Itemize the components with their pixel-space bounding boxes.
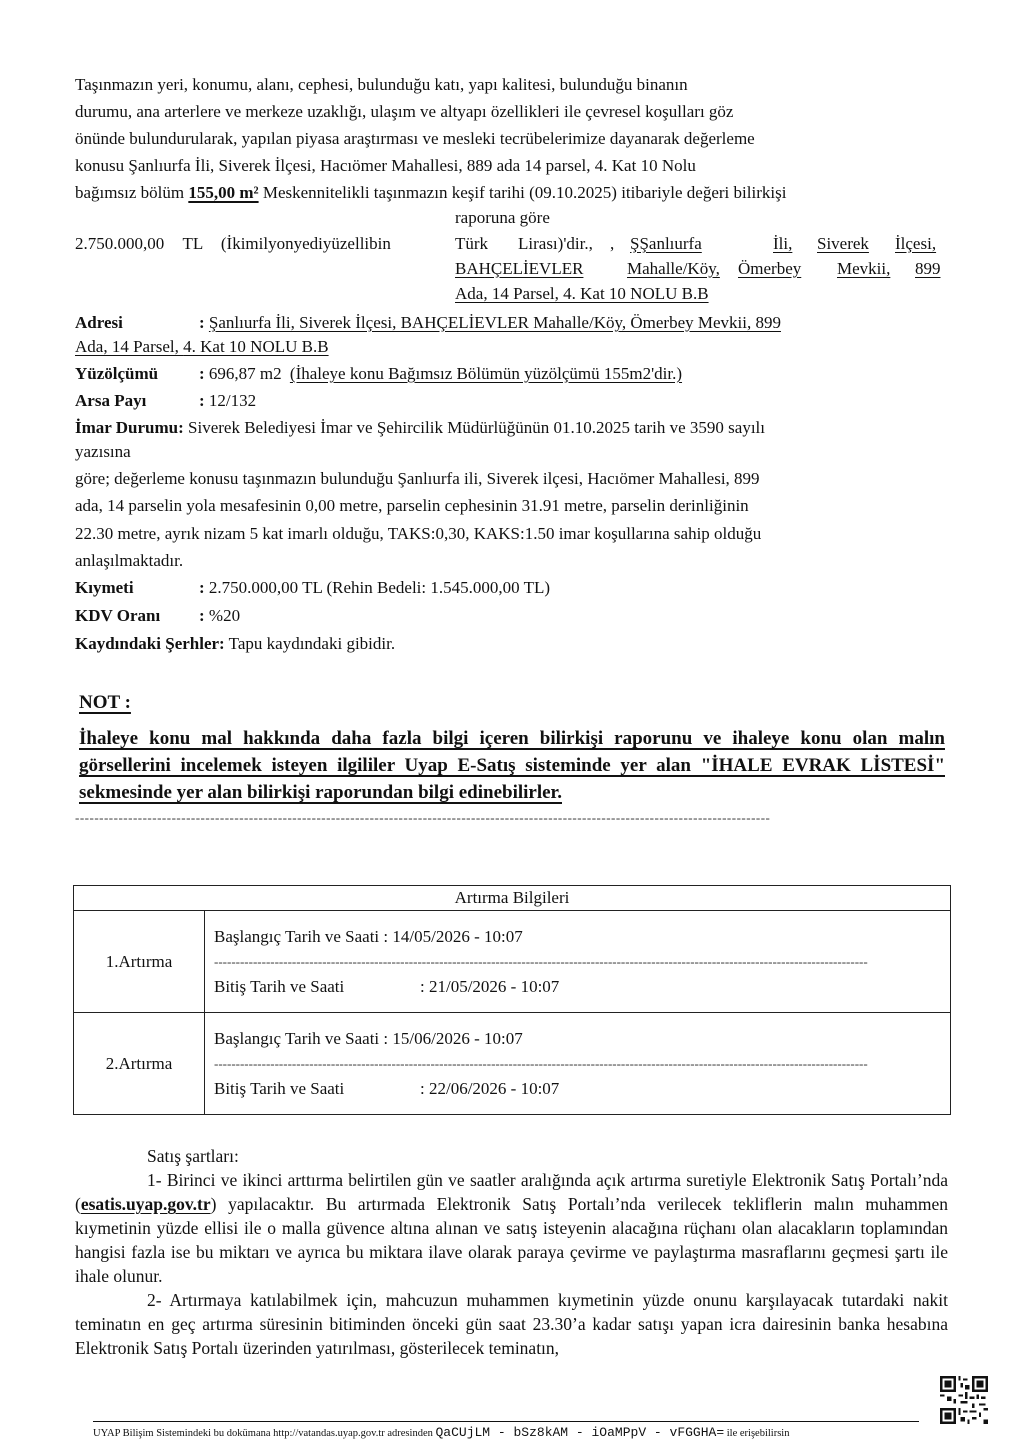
location-type: Mahalle/Köy,: [627, 259, 720, 279]
end-label: Bitiş Tarih ve Saati: [214, 1071, 420, 1107]
address-field: Adresi: Şanlıurfa İli, Siverek İlçesi, B…: [75, 313, 781, 333]
footer-rule: [93, 1421, 919, 1422]
value-words: (İkimilyonyediyüzellibin: [221, 234, 391, 253]
annotations-field: Kaydındaki Şerhler: Tapu kaydındaki gibi…: [75, 634, 395, 654]
zoning-line-2: yazısına: [75, 442, 131, 462]
area-field: Yüzölçümü: 696,87 m2 (İhaleye konu Bağım…: [75, 364, 682, 384]
start-label: Başlangıç Tarih ve Saati: [214, 927, 379, 946]
zoning-line-4: ada, 14 parselin yola mesafesinin 0,00 m…: [75, 496, 749, 516]
address-field-line-2: Ada, 14 Parsel, 4. Kat 10 NOLU B.B: [75, 337, 329, 357]
annotations-value: Tapu kaydındaki gibidir.: [229, 634, 395, 653]
value-value: 2.750.000,00 TL (Rehin Bedeli: 1.545.000…: [209, 578, 550, 597]
zoning-line-1: Siverek Belediyesi İmar ve Şehircilik Mü…: [188, 418, 765, 437]
verification-code: QaCUjLM - bSz8kAM - iOaMPpV - vFGGHA=: [435, 1425, 724, 1440]
end-label: Bitiş Tarih ve Saati: [214, 969, 420, 1005]
vat-field: KDV Oranı: %20: [75, 606, 240, 626]
round-end: Bitiş Tarih ve Saati: 22/06/2026 - 10:07: [214, 1071, 946, 1107]
start-label: Başlangıç Tarih ve Saati: [214, 1029, 379, 1048]
zoning-label: İmar Durumu:: [75, 418, 184, 438]
annotations-label: Kaydındaki Şerhler:: [75, 634, 225, 654]
area-note: (İhaleye konu Bağımsız Bölümün yüzölçümü…: [290, 364, 682, 383]
vat-label: KDV Oranı: [75, 606, 199, 626]
address-value-2a: Ada, 14 Parsel,: [75, 337, 183, 356]
value-field: Kıymeti: 2.750.000,00 TL (Rehin Bedeli: …: [75, 578, 550, 598]
location-neighborhood: BAHÇELİEVLER: [455, 259, 583, 278]
auction-table-title: Artırma Bilgileri: [74, 886, 951, 911]
area-label: Yüzölçümü: [75, 364, 199, 384]
round-start: Başlangıç Tarih ve Saati : 15/06/2026 - …: [214, 1021, 946, 1057]
table-row: 1.Artırma Başlangıç Tarih ve Saati : 14/…: [74, 911, 951, 1013]
condition-1: 1- Birinci ve ikinci arttırma belirtilen…: [75, 1168, 948, 1288]
intro-line-5: bağımsız bölüm 155,00 m² Meskennitelikli…: [75, 183, 786, 203]
share-label: Arsa Payı: [75, 391, 199, 411]
value-amount: 2.750.000,00: [75, 234, 164, 253]
start-value: : 15/06/2026 - 10:07: [383, 1029, 522, 1048]
esatis-link[interactable]: esatis.uyap.gov.tr: [81, 1194, 211, 1214]
intro-line-3: önünde bulundurularak, yapılan piyasa ar…: [75, 129, 755, 149]
zoning-line-6: anlaşılmaktadır.: [75, 551, 183, 571]
value-comma: ,: [610, 234, 614, 254]
condition-2: 2- Artırmaya katılabilmek için, mahcuzun…: [75, 1288, 948, 1360]
inner-separator: ----------------------------------------…: [214, 1057, 946, 1071]
intro-line-5-post: Meskennitelikli taşınmazın keşif tarihi …: [259, 183, 787, 202]
value-words-2: Türk: [455, 234, 488, 254]
value-words-3: Lirası)'dir.,: [518, 234, 593, 254]
area-value: 696,87 m2: [209, 364, 282, 383]
end-value: : 22/06/2026 - 10:07: [420, 1079, 559, 1098]
value-location-line-2: BAHÇELİEVLER Mahalle/Köy, Ömerbey Mevkii…: [455, 259, 945, 279]
area-highlight: 155,00 m²: [188, 183, 258, 202]
note-title: NOT :: [79, 692, 131, 714]
intro-line-1: Taşınmazın yeri, konumu, alanı, cephesi,…: [75, 75, 688, 95]
auction-info-table: Artırma Bilgileri 1.Artırma Başlangıç Ta…: [73, 885, 951, 1115]
location-locality: Ömerbey: [738, 259, 801, 279]
round-end: Bitiş Tarih ve Saati: 21/05/2026 - 10:07: [214, 969, 946, 1005]
intro-line-4: konusu Şanlıurfa İli, Siverek İlçesi, Ha…: [75, 156, 696, 176]
table-row: 2.Artırma Başlangıç Tarih ve Saati : 15/…: [74, 1013, 951, 1115]
qr-code-icon: [940, 1376, 988, 1424]
location-block: 899: [915, 259, 941, 279]
intro-line-5-pre: bağımsız bölüm: [75, 183, 188, 202]
sale-conditions: Satış şartları: 1- Birinci ve ikinci art…: [75, 1144, 948, 1360]
location-district-label: İlçesi,: [895, 234, 936, 254]
zoning-line-5: 22.30 metre, ayrık nizam 5 kat imarlı ol…: [75, 524, 761, 544]
address-value-2b: 4. Kat 10 NOLU B.B: [183, 337, 328, 356]
separator-line: ----------------------------------------…: [75, 810, 893, 826]
intro-line-6: raporuna göre: [455, 208, 550, 228]
round-name: 1.Artırma: [74, 911, 205, 1013]
value-location-line-3: Ada, 14 Parsel, 4. Kat 10 NOLU B.B: [455, 284, 709, 304]
end-value: : 21/05/2026 - 10:07: [420, 977, 559, 996]
inner-separator: ----------------------------------------…: [214, 955, 946, 969]
round-name: 2.Artırma: [74, 1013, 205, 1115]
start-value: : 14/05/2026 - 10:07: [383, 927, 522, 946]
zoning-line-3: göre; değerleme konusu taşınmazın bulund…: [75, 469, 760, 489]
location-district: Siverek: [817, 234, 869, 254]
value-line: 2.750.000,00 TL (İkimilyonyediyüzellibin…: [75, 234, 945, 254]
intro-line-2: durumu, ana arterlere ve merkeze uzaklığ…: [75, 102, 733, 122]
footer-verification: UYAP Bilişim Sistemindeki bu dokümana ht…: [93, 1425, 789, 1440]
zoning-field: İmar Durumu: Siverek Belediyesi İmar ve …: [75, 418, 765, 438]
address-value-1: Şanlıurfa İli, Siverek İlçesi, BAHÇELİEV…: [209, 313, 781, 332]
share-value: 12/132: [209, 391, 256, 410]
share-field: Arsa Payı: 12/132: [75, 391, 256, 411]
value-currency: TL: [183, 234, 203, 253]
vat-value: %20: [209, 606, 240, 625]
round-start: Başlangıç Tarih ve Saati : 14/05/2026 - …: [214, 919, 946, 955]
location-city: ŞŞanlıurfa: [630, 234, 702, 254]
address-label: Adresi: [75, 313, 199, 333]
location-province: İli,: [773, 234, 792, 254]
note-body: İhaleye konu mal hakkında daha fazla bil…: [79, 725, 945, 806]
location-locality-label: Mevkii,: [837, 259, 890, 279]
conditions-title: Satış şartları:: [75, 1144, 948, 1168]
value-label: Kıymeti: [75, 578, 199, 598]
